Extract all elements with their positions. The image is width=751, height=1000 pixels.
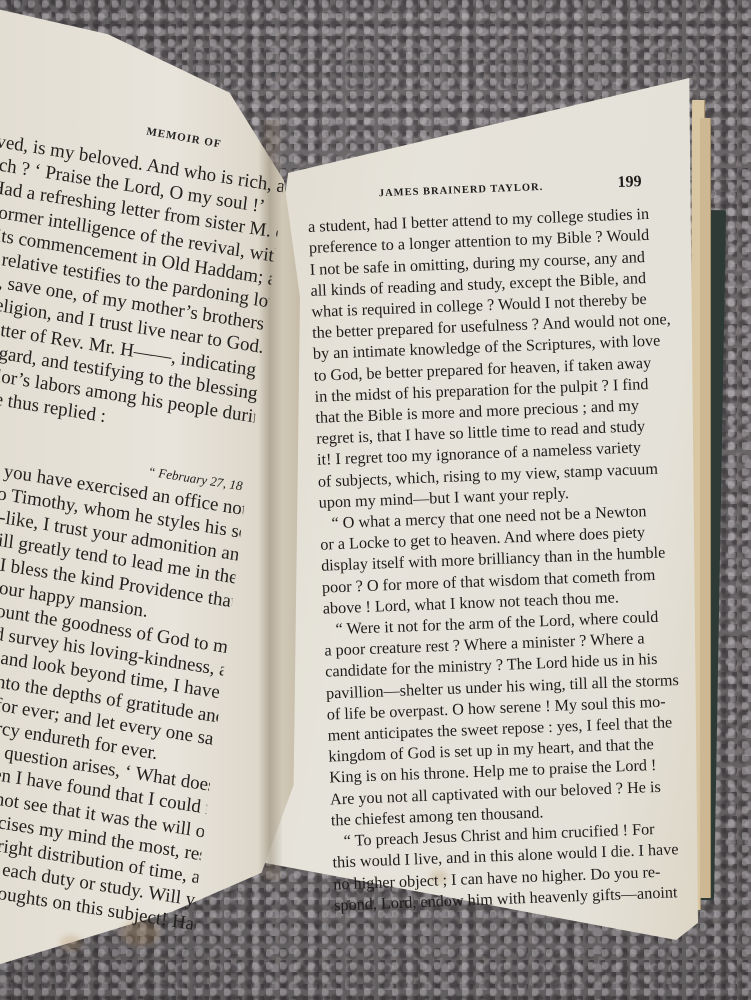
page-stack-edge-inner: [700, 118, 711, 898]
page-number: 199: [617, 171, 642, 193]
page-stain: [60, 935, 82, 951]
right-running-head: JAMES BRAINERD TAYLOR.: [378, 177, 543, 205]
right-page-text: JAMES BRAINERD TAYLOR. 199 a student, ha…: [306, 159, 669, 916]
